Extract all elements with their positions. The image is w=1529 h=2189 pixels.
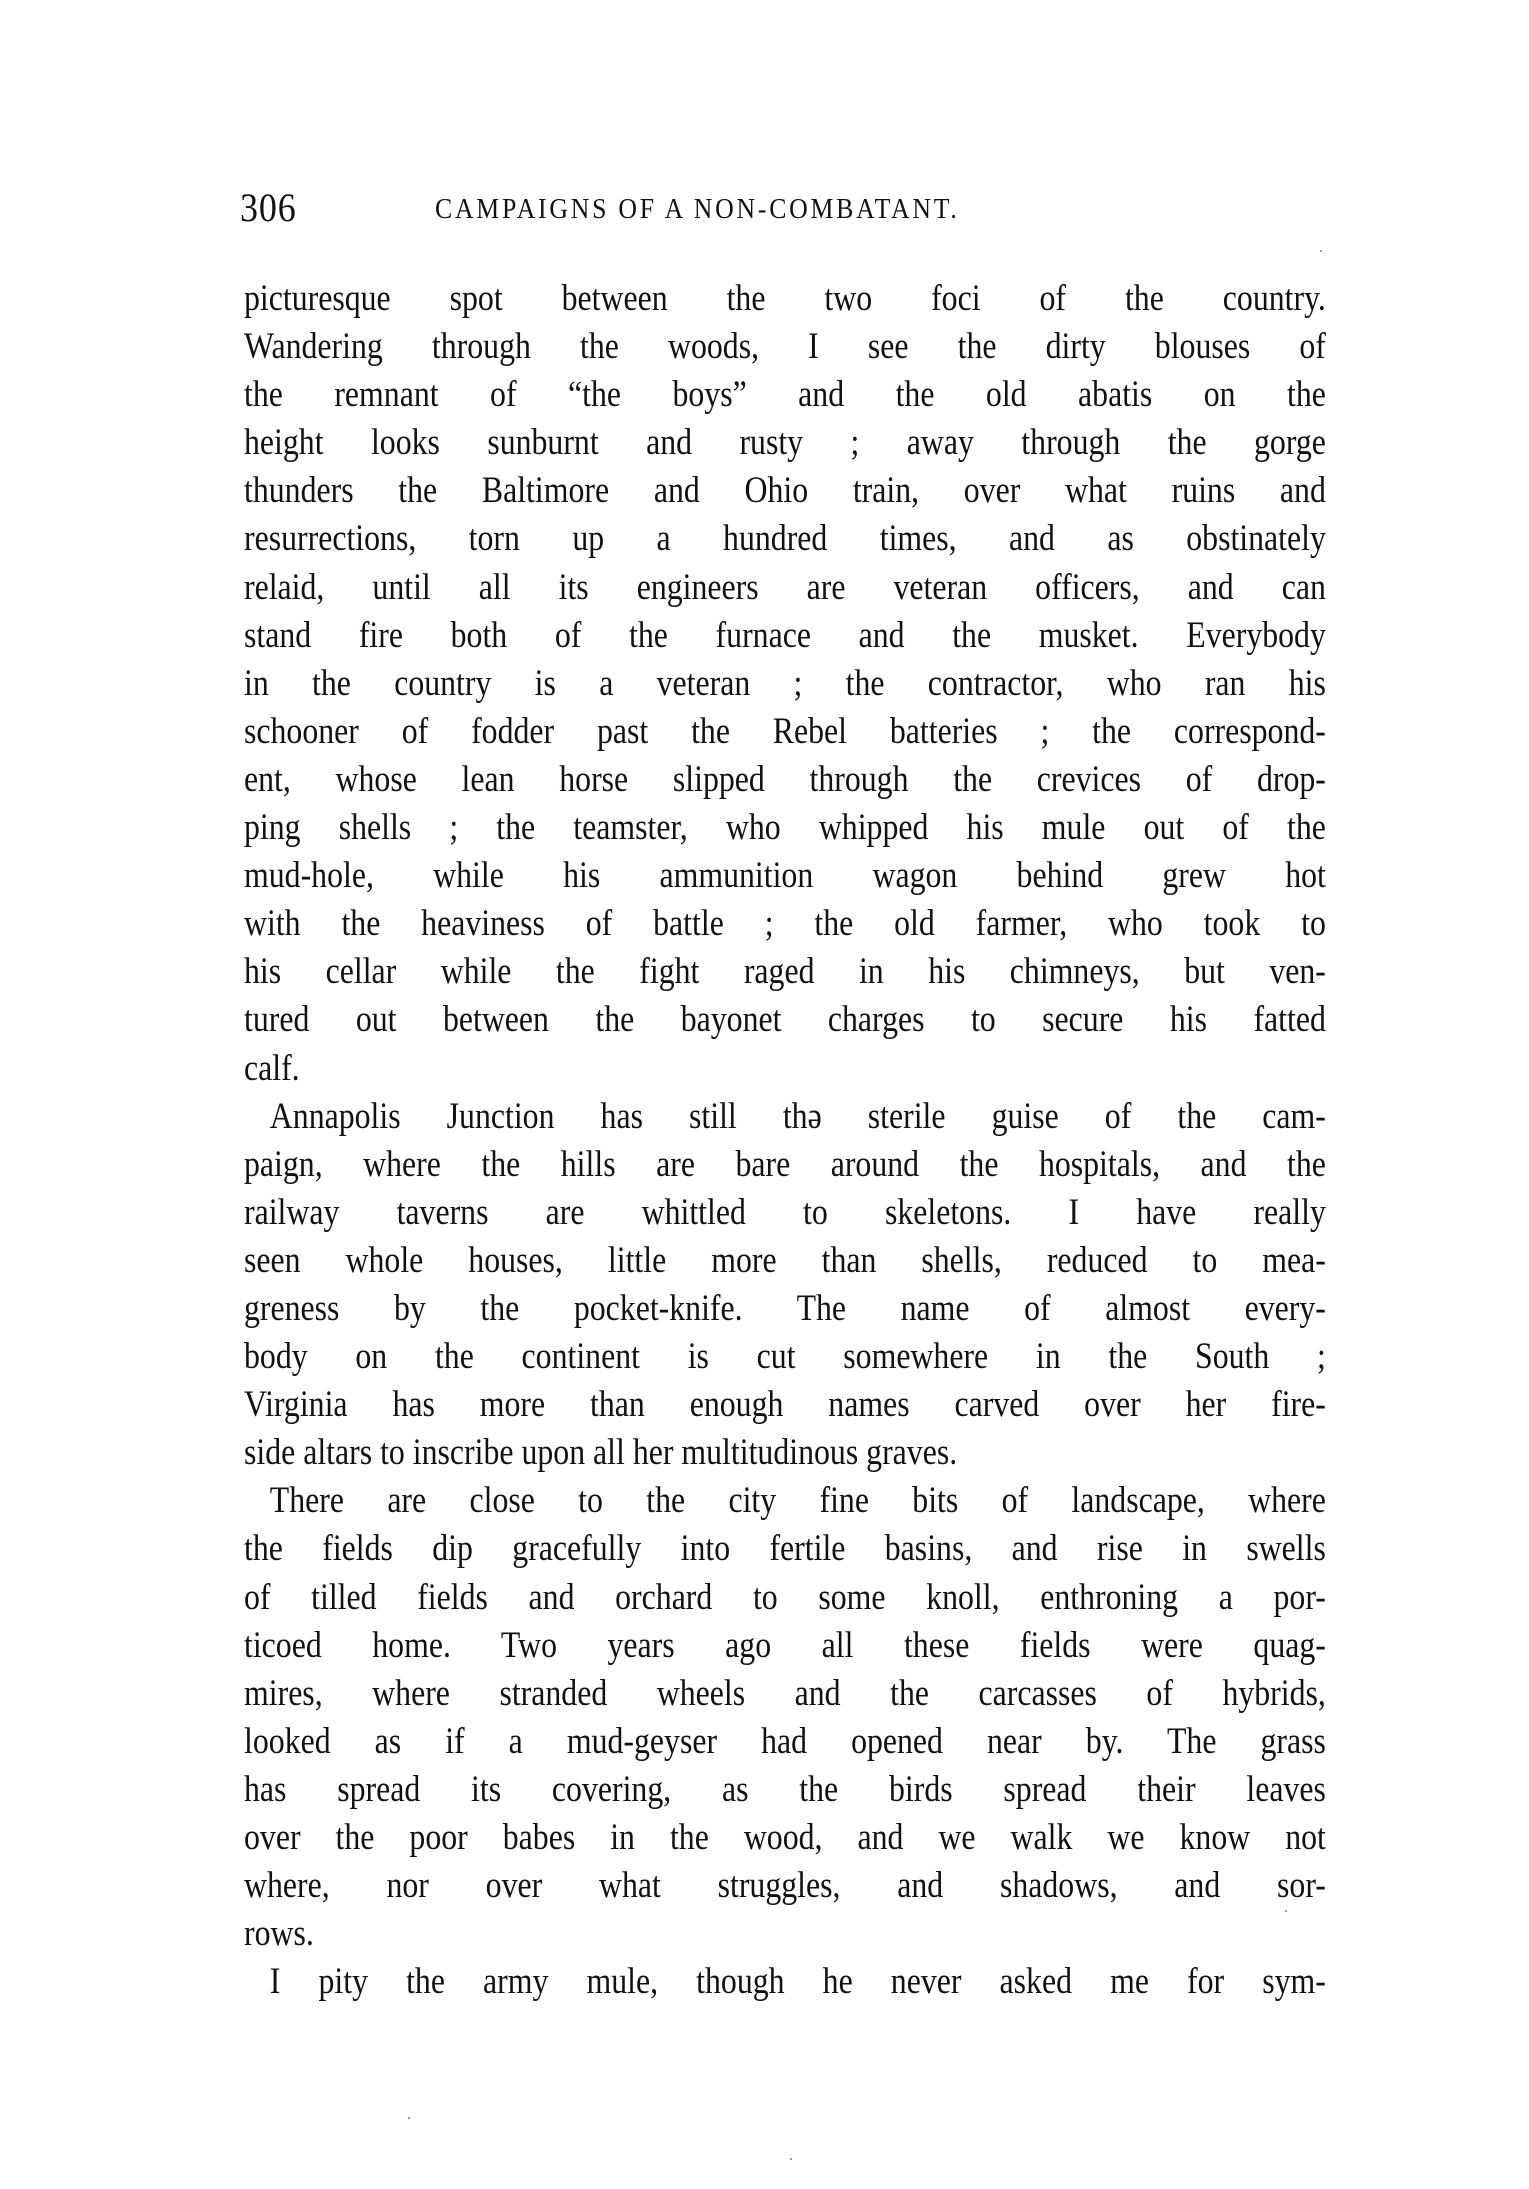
text-line: ent, whose lean horse slipped through th… (244, 756, 1326, 804)
text-line: over the poor babes in the wood, and we … (244, 1814, 1326, 1862)
page-number: 306 (240, 178, 297, 238)
text-line: rows. (244, 1910, 1326, 1958)
text-line: paign, where the hills are bare around t… (244, 1141, 1326, 1189)
paragraph: picturesque spot between the two foci of… (244, 275, 1326, 1093)
text-line: greness by the pocket-knife. The name of… (244, 1285, 1326, 1333)
book-page: 306 CAMPAIGNS OF A NON-COMBATANT. pictur… (0, 0, 1529, 2189)
text-line: in the country is a veteran ; the contra… (244, 660, 1326, 708)
scan-speck (408, 2117, 410, 2119)
text-line: calf. (244, 1045, 1326, 1093)
text-line: Wandering through the woods, I see the d… (244, 323, 1326, 371)
text-line: mud-hole, while his ammunition wagon beh… (244, 852, 1326, 900)
body-text: picturesque spot between the two foci of… (244, 275, 1326, 2006)
text-line: the remnant of “the boys” and the old ab… (244, 371, 1326, 419)
running-head: 306 CAMPAIGNS OF A NON-COMBATANT. (240, 178, 1330, 238)
text-line: side altars to inscribe upon all her mul… (244, 1429, 1326, 1477)
text-line: tured out between the bayonet charges to… (244, 996, 1326, 1044)
paragraph: I pity the army mule, though he never as… (244, 1958, 1326, 2006)
text-line: of tilled fields and orchard to some kno… (244, 1574, 1326, 1622)
scan-speck (1285, 1910, 1287, 1912)
text-line: thunders the Baltimore and Ohio train, o… (244, 467, 1326, 515)
text-line: looked as if a mud-geyser had opened nea… (244, 1718, 1326, 1766)
text-line: ticoed home. Two years ago all these fie… (244, 1622, 1326, 1670)
text-line: with the heaviness of battle ; the old f… (244, 900, 1326, 948)
text-line: mires, where stranded wheels and the car… (244, 1670, 1326, 1718)
text-line: the fields dip gracefully into fertile b… (244, 1525, 1326, 1573)
paragraph: Annapolis Junction has still thə sterile… (244, 1093, 1326, 1478)
text-line: has spread its covering, as the birds sp… (244, 1766, 1326, 1814)
text-line: his cellar while the fight raged in his … (244, 948, 1326, 996)
running-title: CAMPAIGNS OF A NON-COMBATANT. (435, 182, 960, 238)
text-line: where, nor over what struggles, and shad… (244, 1862, 1326, 1910)
paragraph: There are close to the city fine bits of… (244, 1477, 1326, 1958)
text-line: There are close to the city fine bits of… (244, 1477, 1326, 1525)
text-line: schooner of fodder past the Rebel batter… (244, 708, 1326, 756)
text-line: I pity the army mule, though he never as… (244, 1958, 1326, 2006)
text-line: Annapolis Junction has still thə sterile… (244, 1093, 1326, 1141)
scan-speck (790, 2158, 792, 2160)
text-line: height looks sunburnt and rusty ; away t… (244, 419, 1326, 467)
text-line: picturesque spot between the two foci of… (244, 275, 1326, 323)
text-line: body on the continent is cut somewhere i… (244, 1333, 1326, 1381)
text-line: railway taverns are whittled to skeleton… (244, 1189, 1326, 1237)
text-line: stand fire both of the furnace and the m… (244, 612, 1326, 660)
scan-speck (1320, 250, 1322, 252)
text-line: seen whole houses, little more than shel… (244, 1237, 1326, 1285)
text-line: relaid, until all its engineers are vete… (244, 564, 1326, 612)
text-line: resurrections, torn up a hundred times, … (244, 515, 1326, 563)
text-line: Virginia has more than enough names carv… (244, 1381, 1326, 1429)
text-line: ping shells ; the teamster, who whipped … (244, 804, 1326, 852)
